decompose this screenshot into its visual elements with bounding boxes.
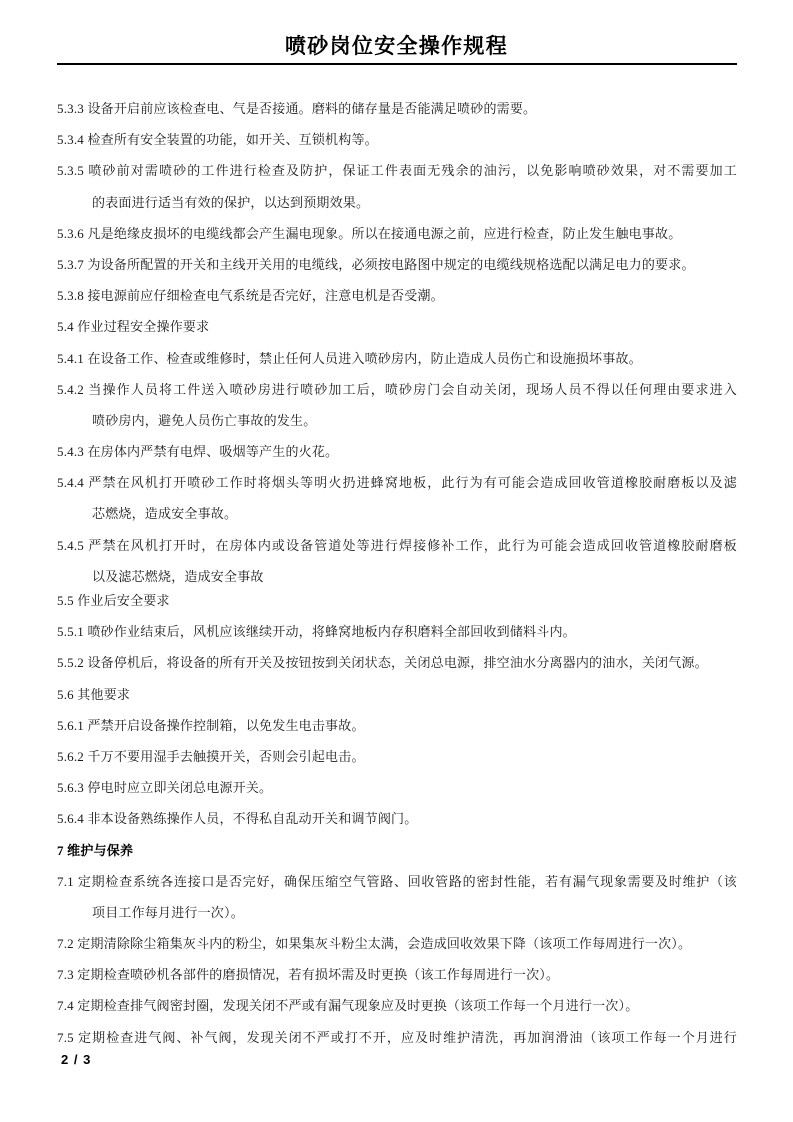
item-7-1: 7.1 定期检查系统各连接口是否完好，确保压缩空气管路、回收管路的密封性能，若有… <box>57 866 737 897</box>
item-5-4-2: 5.4.2 当操作人员将工件送入喷砂房进行喷砂加工后，喷砂房门会自动关闭，现场人… <box>57 374 737 405</box>
item-5-6-2: 5.6.2 千万不要用湿手去触摸开关，否则会引起电击。 <box>57 741 737 772</box>
item-7-5: 7.5 定期检查进气阀、补气阀，发现关闭不严或打不开，应及时维护清洗，再加润滑油… <box>57 1022 737 1053</box>
item-7-1-cont: 项目工作每月进行一次）。 <box>57 897 737 928</box>
heading-5-4: 5.4 作业过程安全操作要求 <box>57 311 737 342</box>
item-5-5-1: 5.5.1 喷砂作业结束后，风机应该继续开动，将蜂窝地板内存积磨料全部回收到储料… <box>57 616 737 647</box>
document-title: 喷砂岗位安全操作规程 <box>0 30 793 60</box>
document-page: 喷砂岗位安全操作规程 5.3.3 设备开启前应该检查电、气是否接通。磨料的储存量… <box>0 0 793 1122</box>
page-number: 2 / 3 <box>61 1052 91 1067</box>
item-5-3-5-cont: 的表面进行适当有效的保护，以达到预期效果。 <box>57 187 737 218</box>
item-5-3-3: 5.3.3 设备开启前应该检查电、气是否接通。磨料的储存量是否能满足喷砂的需要。 <box>57 93 737 124</box>
item-5-4-2-cont: 喷砂房内，避免人员伤亡事故的发生。 <box>57 405 737 436</box>
heading-5-5: 5.5 作业后安全要求 <box>57 585 737 616</box>
item-5-4-5: 5.4.5 严禁在风机打开时，在房体内或设备管道处等进行焊接修补工作，此行为可能… <box>57 530 737 561</box>
item-5-4-3: 5.4.3 在房体内严禁有电焊、吸烟等产生的火花。 <box>57 436 737 467</box>
item-5-3-7: 5.3.7 为设备所配置的开关和主线开关用的电缆线，必须按电路图中规定的电缆线规… <box>57 249 737 280</box>
item-5-6-1: 5.6.1 严禁开启设备操作控制箱，以免发生电击事故。 <box>57 710 737 741</box>
item-5-4-1: 5.4.1 在设备工作、检查或维修时，禁止任何人员进入喷砂房内，防止造成人员伤亡… <box>57 343 737 374</box>
title-underline <box>57 63 737 65</box>
item-7-2: 7.2 定期清除除尘箱集灰斗内的粉尘，如果集灰斗粉尘太满，会造成回收效果下降（该… <box>57 928 737 959</box>
item-7-4: 7.4 定期检查排气阀密封圈，发现关闭不严或有漏气现象应及时更换（该项工作每一个… <box>57 990 737 1021</box>
item-5-5-2: 5.5.2 设备停机后，将设备的所有开关及按钮按到关闭状态，关闭总电源，排空油水… <box>57 647 737 678</box>
item-5-6-3: 5.6.3 停电时应立即关闭总电源开关。 <box>57 772 737 803</box>
heading-5-6: 5.6 其他要求 <box>57 679 737 710</box>
item-5-4-4-cont: 芯燃烧，造成安全事故。 <box>57 498 737 529</box>
item-7-3: 7.3 定期检查喷砂机各部件的磨损情况，若有损坏需及时更换（该工作每周进行一次）… <box>57 959 737 990</box>
heading-7: 7 维护与保养 <box>57 835 737 866</box>
item-5-6-4: 5.6.4 非本设备熟练操作人员，不得私自乱动开关和调节阀门。 <box>57 803 737 834</box>
item-5-3-6: 5.3.6 凡是绝缘皮损坏的电缆线都会产生漏电现象。所以在接通电源之前，应进行检… <box>57 218 737 249</box>
item-5-3-8: 5.3.8 接电源前应仔细检查电气系统是否完好，注意电机是否受潮。 <box>57 280 737 311</box>
item-5-3-5: 5.3.5 喷砂前对需喷砂的工件进行检查及防护，保证工件表面无残余的油污，以免影… <box>57 155 737 186</box>
item-5-4-4: 5.4.4 严禁在风机打开喷砂工作时将烟头等明火扔进蜂窝地板，此行为有可能会造成… <box>57 467 737 498</box>
item-5-3-4: 5.3.4 检查所有安全装置的功能，如开关、互锁机构等。 <box>57 124 737 155</box>
document-body: 5.3.3 设备开启前应该检查电、气是否接通。磨料的储存量是否能满足喷砂的需要。… <box>57 93 737 1053</box>
